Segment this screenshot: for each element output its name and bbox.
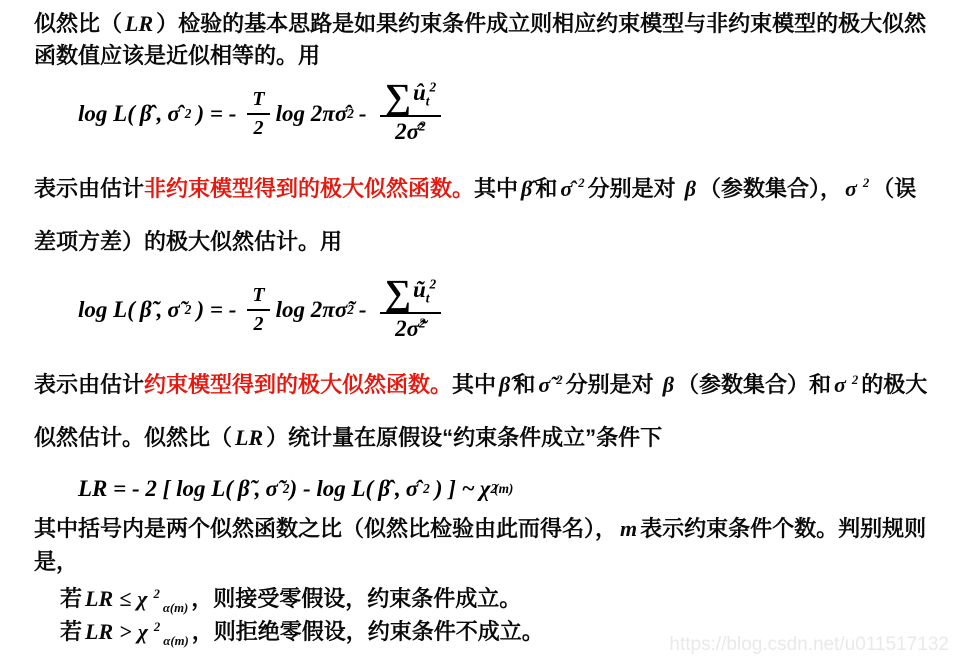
rule-accept-line: 若LR≤χ2α(m)，则接受零假设，约束条件成立。	[34, 584, 929, 615]
chi-symbol: χ	[135, 619, 151, 644]
watermark-url: https://blog.csdn.net/u011517132	[669, 634, 949, 656]
beta-hat-symbol: β̂	[518, 176, 535, 201]
lr-lhs: LR = - 2 [ log L(	[78, 476, 233, 502]
subscript-t: t	[426, 290, 430, 305]
text-run: 其中	[452, 372, 496, 397]
two-sigma-tilde: 2σ̃	[395, 316, 419, 341]
text-run: ）检验的基本思路是如果约束条件成立则相应约束模型与非约束模型的极大似然函数值应该…	[34, 11, 926, 68]
u-hat-term: ût2	[413, 80, 436, 106]
text-run: 似然比（	[34, 11, 122, 36]
exponent: 2	[150, 587, 162, 601]
beta-tilde-symbol: β̃	[233, 476, 255, 502]
text-run: （参数集合）和	[677, 372, 831, 397]
fraction-numerator: ∑ ũt2	[380, 278, 442, 313]
formula-unrestricted-loglik: log L( β̂ , σ̂2 ) = - T 2 log 2π σ̂2 - ∑…	[78, 82, 929, 146]
fraction-sum-residuals: ∑ ût2 2σ̂2	[380, 82, 442, 146]
paragraph-unrestricted-desc: 表示由估计非约束模型得到的极大似然函数。其中β̂和σ̂2分别是对 β（参数集合）…	[34, 162, 929, 268]
formula-lead: log L(	[78, 297, 135, 323]
text-run: （参数集合），	[699, 176, 842, 201]
text-run: ，则接受零假设，约束条件成立。	[191, 586, 521, 611]
text-run: 其中	[474, 176, 518, 201]
text-run: 分别是对	[566, 372, 660, 397]
beta-symbol: β	[660, 372, 677, 397]
log-2pi: log 2π	[276, 297, 335, 323]
subscript-alpha-m: α(m)	[160, 601, 191, 615]
exponent: 2	[849, 373, 861, 387]
exponent: 2	[419, 315, 426, 330]
fraction-sum-residuals: ∑ ũt2 2σ̃2	[380, 278, 442, 342]
beta-tilde-symbol: β̃	[135, 297, 157, 323]
greater-sign: >	[116, 619, 135, 644]
document-page: 似然比（LR）检验的基本思路是如果约束条件成立则相应约束模型与非约束模型的极大似…	[0, 0, 955, 648]
two-sigma-hat: 2σ̂	[395, 119, 419, 144]
log-2pi: log 2π	[276, 101, 335, 127]
minus-sign: -	[354, 297, 372, 323]
exponent: 2	[151, 620, 163, 634]
sigma-symbol: σ	[842, 176, 860, 201]
subscript-t: t	[426, 94, 430, 109]
text-run: 和	[535, 176, 557, 201]
text-run: ，则拒绝零假设，约束条件不成立。	[192, 619, 544, 644]
exponent: 2	[429, 276, 436, 291]
fraction-denominator: 2	[254, 115, 264, 140]
exponent: 2	[429, 80, 436, 95]
m-symbol: m	[617, 516, 640, 541]
sigma-tilde-symbol: σ̃	[260, 476, 282, 502]
beta-hat-symbol: β̂	[373, 476, 395, 502]
summation-icon: ∑	[385, 82, 413, 113]
chi-symbol: χ	[480, 476, 491, 502]
equals-minus: ) = -	[191, 297, 241, 323]
paragraph-decision-rule: 其中括号内是两个似然函数之比（似然比检验由此而得名），m表示约束条件个数。判别规…	[34, 512, 929, 578]
exponent: 2	[419, 119, 426, 134]
fraction-denominator: 2σ̃2	[395, 314, 426, 342]
lr-symbol: LR	[82, 619, 116, 644]
fraction-T-over-2: T 2	[247, 88, 269, 140]
mid-term: ) - log L(	[290, 476, 374, 502]
text-run: 分别是对	[588, 176, 682, 201]
red-highlight-unrestricted: 非约束模型得到的极大似然函数。	[144, 176, 474, 201]
formula-lr-statistic: LR = - 2 [ log L( β̃ , σ̃2 ) - log L( β̂…	[78, 476, 929, 502]
paragraph-restricted-desc: 表示由估计约束模型得到的极大似然函数。其中β̃和σ̃2分别是对 β（参数集合）和…	[34, 358, 929, 464]
text-run: 若	[60, 619, 82, 644]
fraction-numerator: T	[247, 284, 269, 311]
close-tilde: ) ] ~	[430, 476, 480, 502]
sigma-hat-symbol: σ̂	[335, 101, 347, 127]
minus-sign: -	[354, 101, 372, 127]
fraction-denominator: 2σ̂2	[395, 117, 426, 145]
red-highlight-restricted: 约束模型得到的极大似然函数。	[144, 372, 452, 397]
sigma-tilde-symbol: σ̃	[335, 297, 347, 323]
sigma-hat-symbol: σ̂	[557, 176, 575, 201]
lr-symbol: LR	[232, 425, 266, 450]
lr-symbol: LR	[122, 11, 156, 36]
text-run: 若	[60, 586, 82, 611]
less-equal-sign: ≤	[116, 586, 134, 611]
u-hat-symbol: û	[413, 80, 426, 105]
formula-restricted-loglik: log L( β̃ , σ̃2 ) = - T 2 log 2π σ̃2 - ∑…	[78, 278, 929, 342]
sigma-hat-symbol: σ̂	[401, 476, 423, 502]
sigma-symbol: σ	[831, 372, 849, 397]
u-tilde-symbol: ũ	[413, 277, 426, 302]
beta-hat-symbol: β̂	[135, 101, 157, 127]
u-tilde-term: ũt2	[413, 277, 436, 303]
exponent: 2	[575, 176, 587, 190]
beta-tilde-symbol: β̃	[496, 372, 513, 397]
chi-symbol: χ	[134, 586, 150, 611]
text-run: 表示由估计	[34, 372, 144, 397]
sigma-tilde-symbol: σ̃	[162, 297, 184, 323]
summation-icon: ∑	[385, 278, 413, 309]
fraction-numerator: T	[247, 88, 269, 115]
exponent: 2	[860, 176, 872, 190]
equals-minus: ) = -	[191, 101, 241, 127]
paragraph-intro: 似然比（LR）检验的基本思路是如果约束条件成立则相应约束模型与非约束模型的极大似…	[34, 8, 929, 72]
sigma-tilde-symbol: σ̃	[535, 372, 553, 397]
text-run: ）统计量在原假设“约束条件成立”条件下	[266, 425, 662, 450]
fraction-T-over-2: T 2	[247, 284, 269, 336]
subscript-alpha-m: α(m)	[160, 634, 191, 648]
fraction-numerator: ∑ ût2	[380, 82, 442, 117]
formula-lead: log L(	[78, 101, 135, 127]
exponent: 2	[553, 373, 565, 387]
beta-symbol: β	[682, 176, 699, 201]
sigma-hat-symbol: σ̂	[162, 101, 184, 127]
fraction-denominator: 2	[254, 311, 264, 336]
lr-symbol: LR	[82, 586, 116, 611]
text-run: 和	[513, 372, 535, 397]
text-run: 其中括号内是两个似然函数之比（似然比检验由此而得名），	[34, 516, 617, 541]
text-run: 表示由估计	[34, 176, 144, 201]
